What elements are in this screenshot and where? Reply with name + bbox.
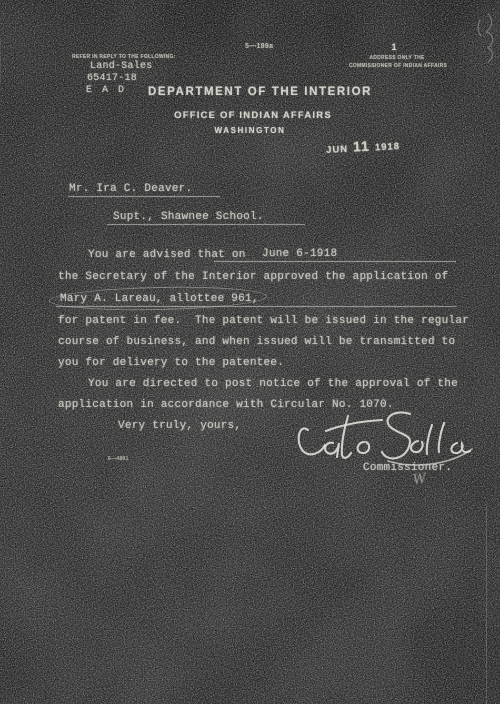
signature-cato-sells xyxy=(292,408,478,470)
closing: Very truly, yours, xyxy=(118,420,241,432)
scratch-line-left-edge xyxy=(0,38,1,84)
refer-label: REFER IN REPLY TO THE FOLLOWING: xyxy=(72,54,176,60)
date-stamp-month: JUN xyxy=(326,144,349,156)
date-stamp-year: 1918 xyxy=(375,141,401,153)
print-code: 6—4861 xyxy=(108,456,129,462)
body-para2-line1: You are directed to post notice of the a… xyxy=(88,378,458,390)
date-fill-line xyxy=(214,261,456,262)
refer-line-caseload: Land-Sales xyxy=(90,61,153,72)
noise-overlay xyxy=(0,0,500,704)
addressee-name: Mr. Ira C. Deaver. xyxy=(69,183,192,195)
date-stamp-day: 11 xyxy=(353,138,371,155)
corner-scribble-artifact xyxy=(450,8,498,68)
letterhead-office: OFFICE OF INDIAN AFFAIRS xyxy=(174,110,332,121)
addressee-title: Supt., Shawnee School. xyxy=(113,211,264,223)
refer-line-filenumber: 65417-18 xyxy=(87,73,137,84)
clerk-initials-mark: W xyxy=(412,471,427,488)
addressee-title-underline xyxy=(107,224,305,225)
refer-line-initials: E A D xyxy=(86,85,126,96)
addressee-name-underline xyxy=(68,196,220,197)
date-stamp: JUN111918 xyxy=(326,136,401,156)
scratch-line-right-edge xyxy=(486,505,487,704)
body-para1-line2: course of business, and when issued will… xyxy=(58,336,455,348)
body-para1-line3: you for delivery to the patentee. xyxy=(58,357,284,369)
commissioner-title: Commissioner. xyxy=(363,462,452,474)
address-note-line1: ADDRESS ONLY THE xyxy=(369,55,424,61)
letterhead-city: WASHINGTON xyxy=(215,126,286,135)
form-number-text: 5—189a xyxy=(245,43,273,50)
body-line2: the Secretary of the Interior approved t… xyxy=(58,271,449,283)
page-number: 1 xyxy=(391,42,396,52)
body-line1-prefix: You are advised that on xyxy=(88,249,246,261)
letterhead-department: DEPARTMENT OF THE INTERIOR xyxy=(148,86,372,98)
scanned-letter: 5—189a 1 ADDRESS ONLY THE COMMISSIONER O… xyxy=(0,0,500,704)
form-number: 5—189a xyxy=(245,43,273,50)
address-note-line2: COMMISSIONER OF INDIAN AFFAIRS xyxy=(349,63,447,69)
body-para1-line1: for patent in fee. The patent will be is… xyxy=(58,315,469,327)
applicant-oval-annotation xyxy=(49,285,267,313)
date-fill: June 6-1918 xyxy=(262,248,337,260)
